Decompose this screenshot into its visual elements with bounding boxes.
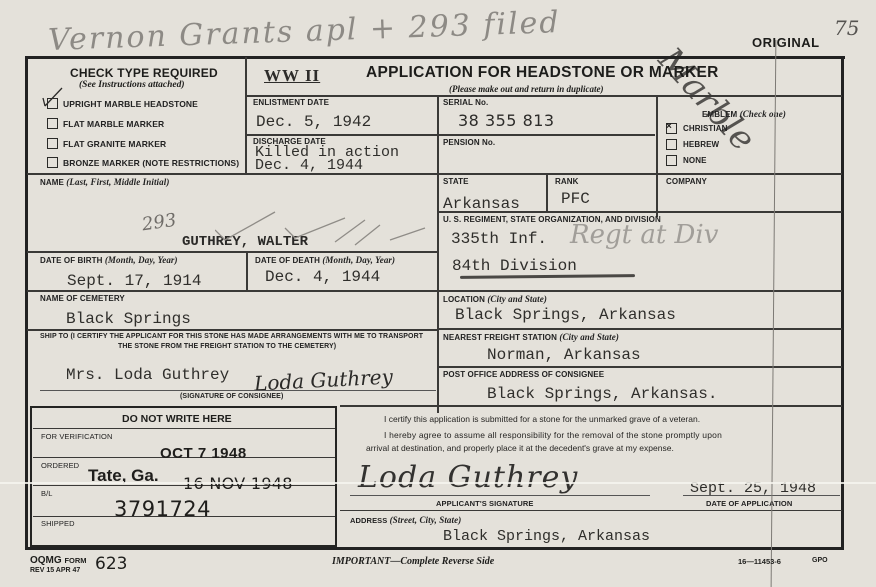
- pencil-name-number: 293: [141, 210, 178, 236]
- checkbox-flat-granite[interactable]: [47, 138, 58, 149]
- applicant-signature: Loda Guthrey: [358, 460, 578, 495]
- freight-label: NEAREST FREIGHT STATION (City and State): [443, 332, 619, 342]
- row-line-cemetery-top: [27, 290, 438, 292]
- war-label: WW II: [264, 66, 320, 86]
- row-line-shipto-top: [27, 329, 438, 331]
- pension-label: PENSION No.: [443, 138, 495, 147]
- name-label: NAME (Last, First, Middle Initial): [40, 177, 169, 187]
- applicant-signature-label: APPLICANT'S SIGNATURE: [436, 499, 534, 508]
- certification-line1: I certify this application is submitted …: [384, 414, 700, 424]
- checkbox-hebrew[interactable]: [666, 139, 677, 150]
- row-line-state-top: [437, 173, 842, 175]
- important-note: IMPORTANT—Complete Reverse Side: [332, 556, 494, 567]
- underline-division: [460, 274, 635, 278]
- frame-left: [25, 56, 28, 550]
- bl-number: 3791724: [114, 497, 211, 521]
- row-line-cert-top: [340, 405, 842, 407]
- enlistment-value: Dec. 5, 1942: [256, 113, 371, 131]
- address-label: ADDRESS (Street, City, State): [350, 515, 461, 525]
- ship-to-label-line2: THE STONE FROM THE FREIGHT STATION TO TH…: [118, 343, 336, 350]
- shipped-label: SHIPPED: [41, 519, 75, 528]
- row-line-address-top: [340, 510, 842, 511]
- certification-line2: I hereby agree to assume all responsibil…: [384, 430, 722, 440]
- rank-value: PFC: [561, 190, 590, 208]
- post-office-label: POST OFFICE ADDRESS OF CONSIGNEE: [443, 370, 604, 379]
- ordered-stamp: OCT 7 1948: [160, 445, 247, 462]
- divider-checktype: [245, 57, 247, 173]
- row-line-name-top: [27, 173, 438, 175]
- post-office-value: Black Springs, Arkansas.: [487, 385, 717, 403]
- freight-label-hint: (City and State): [559, 332, 619, 342]
- original-label: ORIGINAL: [752, 35, 820, 50]
- check-type-heading: CHECK TYPE REQUIRED: [70, 66, 218, 80]
- death-value: Dec. 4, 1944: [265, 268, 380, 286]
- frame-top: [25, 56, 845, 59]
- divider-death: [246, 251, 248, 291]
- row-line-enlistment: [245, 134, 437, 136]
- ship-to-label-line1: SHIP TO (I CERTIFY THE APPLICANT FOR THI…: [40, 333, 423, 340]
- verification-label: FOR VERIFICATION: [41, 432, 112, 441]
- application-date-label: DATE OF APPLICATION: [706, 499, 792, 508]
- location-label: LOCATION (City and State): [443, 294, 547, 304]
- checkbox-none[interactable]: [666, 155, 677, 166]
- address-label-text: ADDRESS: [350, 516, 387, 525]
- freight-label-text: NEAREST FREIGHT STATION: [443, 333, 557, 342]
- death-label-text: DATE OF DEATH: [255, 256, 320, 265]
- enlistment-label: ENLISTMENT DATE: [253, 98, 329, 107]
- x-mark-icon: ×: [666, 122, 672, 132]
- location-label-text: LOCATION: [443, 295, 485, 304]
- address-label-hint: (Street, City, State): [390, 515, 462, 525]
- regiment-value-line2: 84th Division: [452, 257, 577, 275]
- frame-right: [841, 56, 844, 550]
- serial-value: 38 355 813: [458, 111, 555, 130]
- state-label: STATE: [443, 177, 469, 186]
- form-word: FORM: [64, 556, 86, 565]
- rank-label: RANK: [555, 177, 579, 186]
- birth-label: DATE OF BIRTH (Month, Day, Year): [40, 255, 178, 265]
- option-flat-granite-label: FLAT GRANITE MARKER: [63, 139, 166, 149]
- frame-bottom: [25, 547, 844, 550]
- checkmark-icon: [42, 86, 64, 108]
- form-subtitle: (Please make out and return in duplicate…: [449, 84, 604, 94]
- cemetery-label: NAME OF CEMETERY: [40, 294, 125, 303]
- option-bronze-label: BRONZE MARKER (NOTE RESTRICTIONS): [63, 158, 239, 168]
- form-agency-text: OQMG: [30, 555, 62, 566]
- serial-label: SERIAL No.: [443, 98, 488, 107]
- freight-value: Norman, Arkansas: [487, 346, 641, 364]
- emblem-label: EMBLEM (Check one): [702, 109, 786, 119]
- location-label-hint: (City and State): [487, 294, 547, 304]
- birth-value: Sept. 17, 1914: [67, 272, 201, 290]
- emblem-none-label: NONE: [683, 156, 707, 165]
- form-number: 623: [95, 554, 127, 574]
- regiment-value-line1: 335th Inf.: [451, 230, 547, 248]
- row-line-location-top: [437, 290, 842, 292]
- discharge-value-line2: Dec. 4, 1944: [255, 159, 363, 173]
- row-line-title: [245, 95, 842, 97]
- check-type-subheading: (See Instructions attached): [79, 80, 185, 90]
- application-date-line: [683, 495, 840, 496]
- name-label-hint: (Last, First, Middle Initial): [66, 177, 169, 187]
- option-upright-marble-label: UPRIGHT MARBLE HEADSTONE: [63, 99, 198, 109]
- emblem-hebrew-label: HEBREW: [683, 140, 719, 149]
- divider-company: [656, 173, 658, 211]
- death-label: DATE OF DEATH (Month, Day, Year): [255, 255, 395, 265]
- cemetery-value: Black Springs: [66, 310, 191, 328]
- divider-rank: [546, 173, 548, 211]
- location-value: Black Springs, Arkansas: [455, 306, 676, 324]
- death-label-hint: (Month, Day, Year): [322, 255, 395, 265]
- emblem-label-text: EMBLEM: [702, 110, 737, 119]
- headstone-application-form: Vernon Grants apl + 293 filed Marble 75 …: [0, 0, 876, 587]
- pencil-regiment-note: Regt at Div: [570, 220, 718, 250]
- company-label: COMPANY: [666, 177, 707, 186]
- birth-label-hint: (Month, Day, Year): [105, 255, 178, 265]
- applicant-address: Black Springs, Arkansas: [443, 528, 650, 545]
- ship-to-value: Mrs. Loda Guthrey: [66, 366, 229, 384]
- pencil-checkmarks-icon: [215, 190, 435, 250]
- form-agency: OQMG FORM: [30, 556, 87, 566]
- consignee-signature-label: (SIGNATURE OF CONSIGNEE): [180, 393, 283, 400]
- ordered-label: ORDERED: [41, 461, 79, 470]
- office-line-1: [33, 428, 335, 429]
- row-line-regiment-top: [437, 211, 842, 213]
- birth-label-text: DATE OF BIRTH: [40, 256, 102, 265]
- bl-label: B/L: [41, 489, 53, 498]
- row-line-po-top: [437, 366, 842, 368]
- print-code: 16—11453-6: [738, 557, 781, 566]
- scan-artifact-line: [0, 482, 876, 484]
- row-line-freight-top: [437, 328, 842, 330]
- form-revision: REV 15 APR 47: [30, 567, 80, 574]
- gpo-mark: GPO: [812, 557, 828, 564]
- corner-mark: 75: [834, 16, 859, 40]
- name-label-text: NAME: [40, 178, 64, 187]
- checkbox-bronze[interactable]: [47, 157, 58, 168]
- form-title: APPLICATION FOR HEADSTONE OR MARKER: [366, 64, 719, 82]
- certification-line3: arrival at destination, and properly pla…: [366, 443, 674, 453]
- row-line-birth-top: [27, 251, 438, 253]
- office-use-heading: DO NOT WRITE HERE: [122, 413, 232, 425]
- bl-date-stamp: 16 NOV 1948: [183, 474, 293, 493]
- option-flat-marble-label: FLAT MARBLE MARKER: [63, 119, 164, 129]
- emblem-christian-label: CHRISTIAN: [683, 124, 727, 133]
- applicant-signature-line: [350, 495, 650, 496]
- emblem-label-hint: (Check one): [740, 109, 786, 119]
- row-line-serial: [437, 134, 655, 136]
- consignee-signature-line: [40, 390, 436, 391]
- checkbox-flat-marble[interactable]: [47, 118, 58, 129]
- pencil-note-top: Vernon Grants apl + 293 filed: [48, 5, 562, 58]
